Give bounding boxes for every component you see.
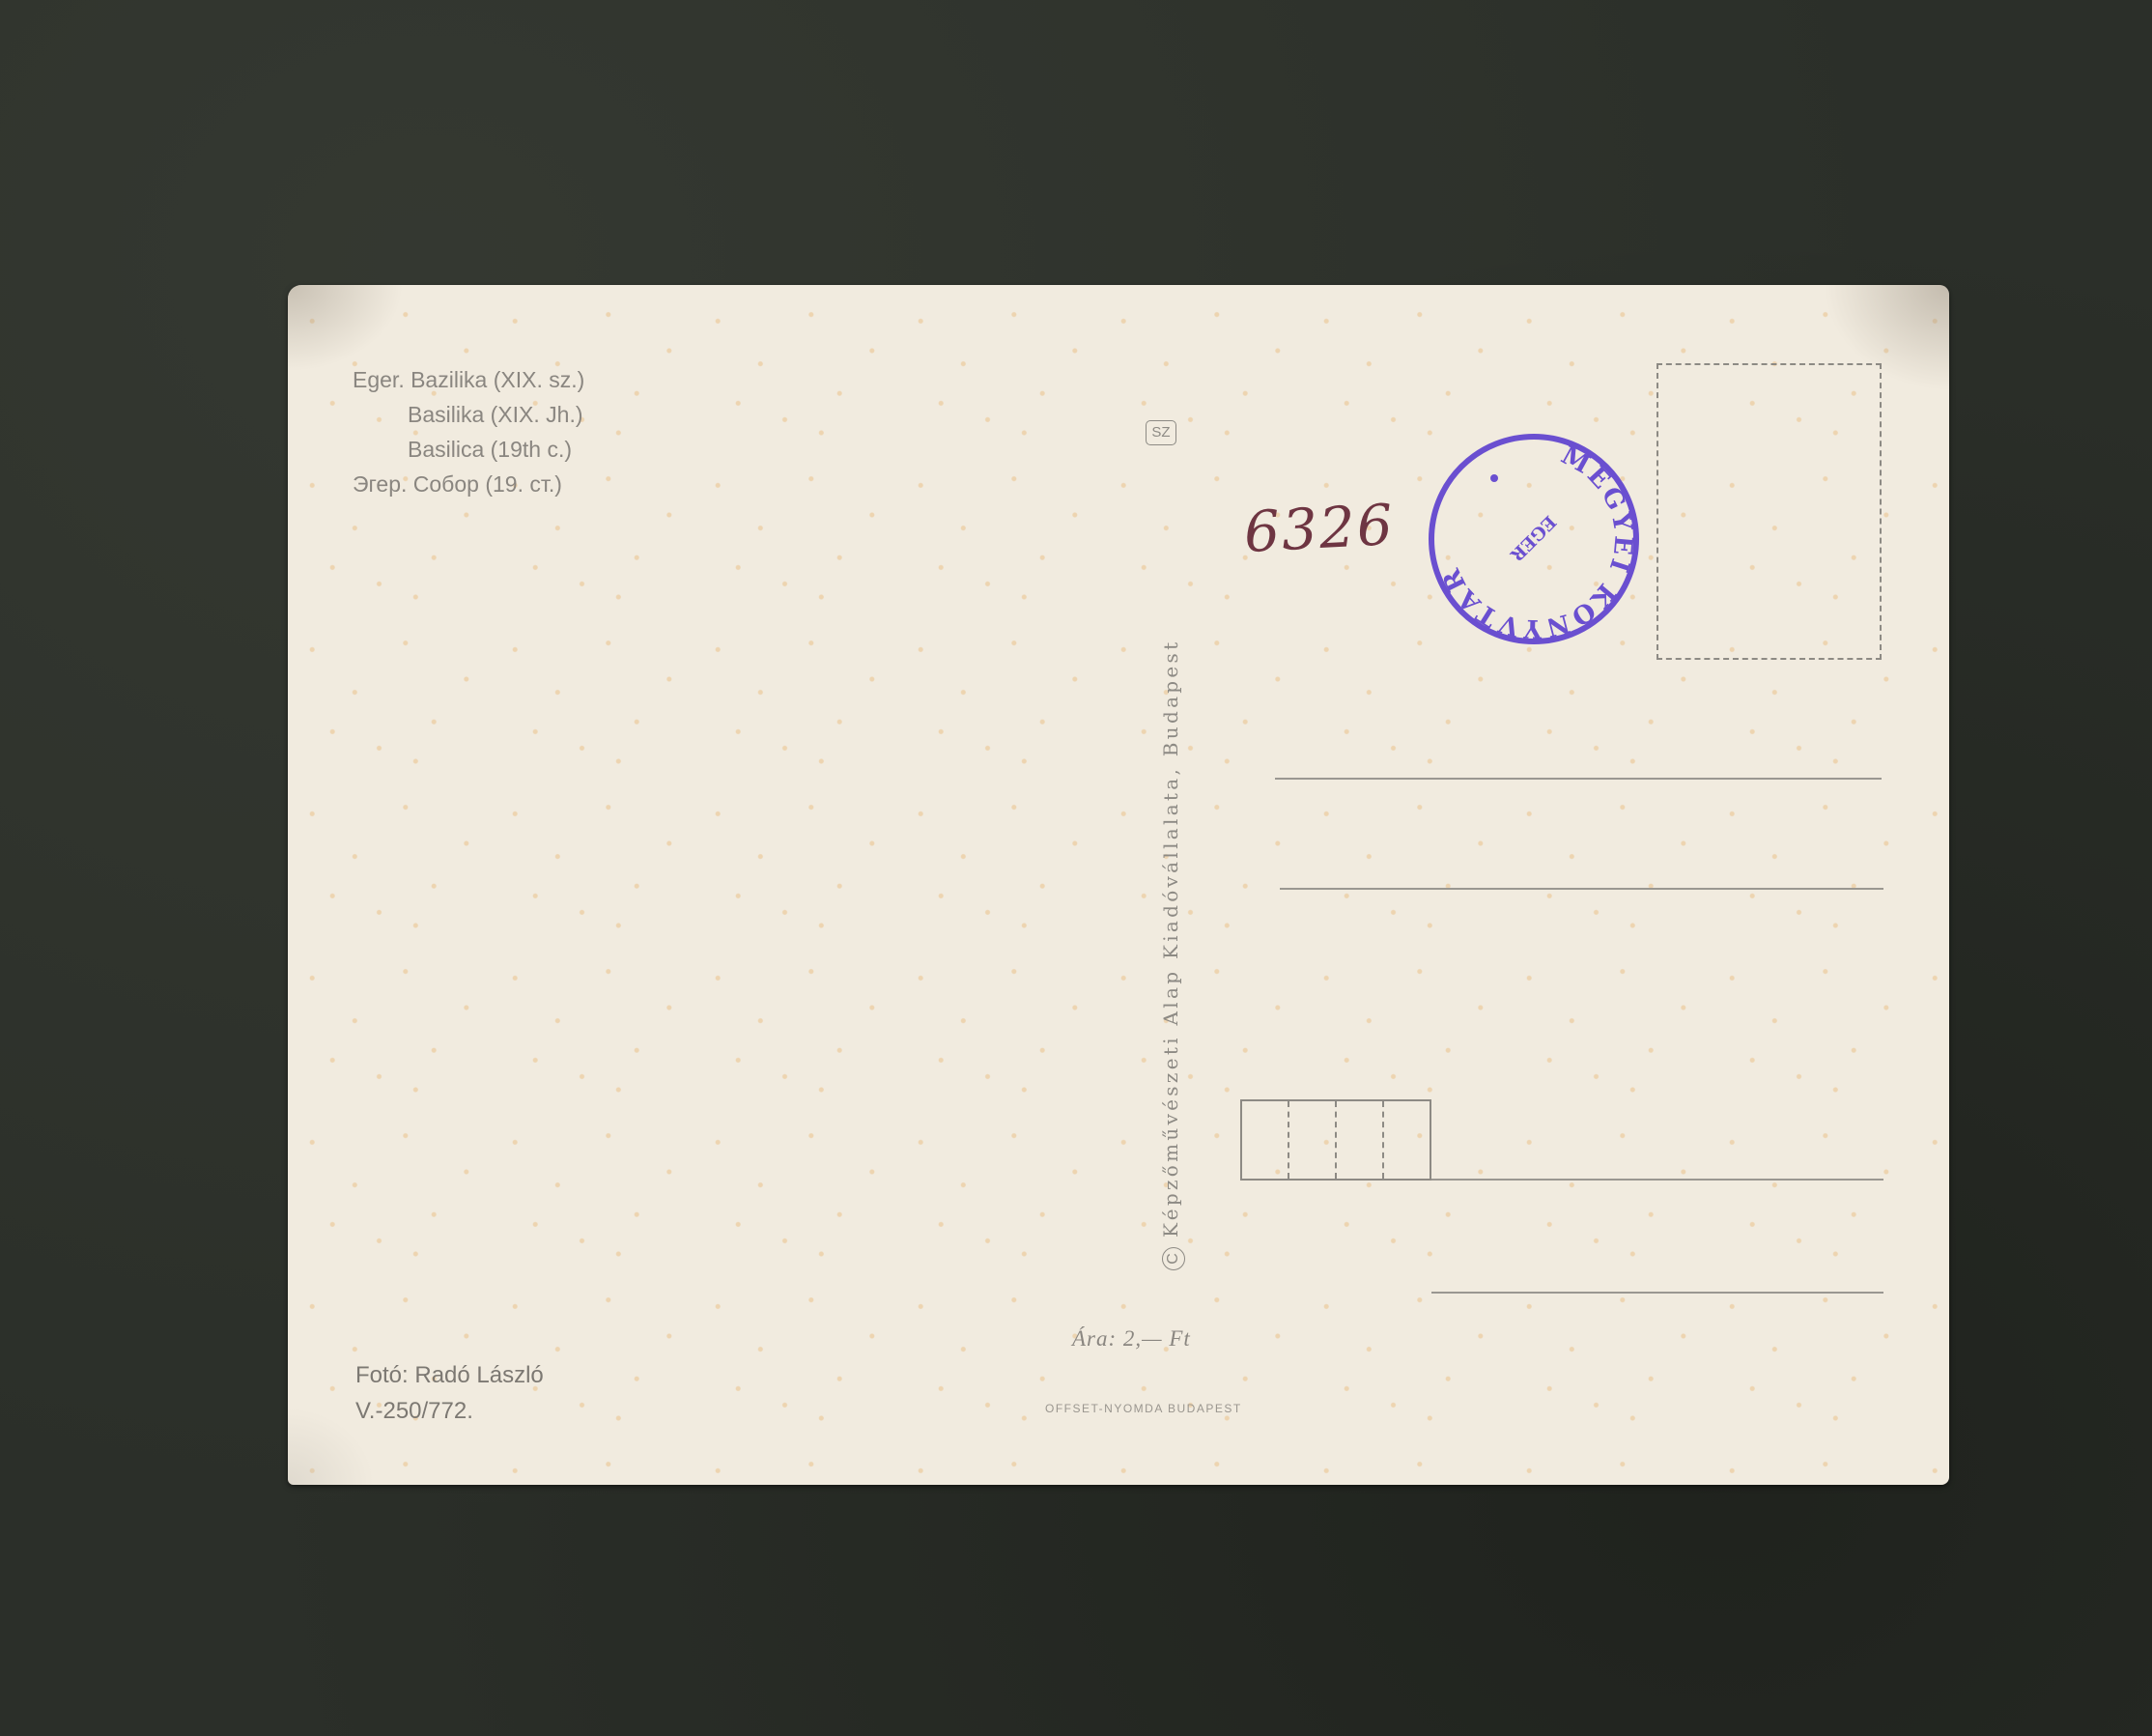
address-line-2	[1280, 888, 1883, 890]
corner-wear	[288, 285, 404, 372]
publisher-line: CKépzőművészeti Alap Kiadóvállalata, Bud…	[1159, 640, 1185, 1270]
address-line-3	[1431, 1179, 1883, 1181]
postcode-boxes	[1240, 1099, 1431, 1181]
handwritten-number: 6326	[1242, 492, 1396, 565]
address-line-1	[1275, 778, 1882, 780]
svg-text:EGER: EGER	[1505, 511, 1559, 565]
caption-german: Basilika (XIX. Jh.)	[353, 397, 584, 432]
credit-block: Fotó: Radó László V.-250/772.	[355, 1357, 544, 1429]
sz-mark: SZ	[1146, 420, 1176, 445]
stamp-placeholder	[1656, 363, 1882, 660]
copyright-icon: C	[1162, 1247, 1185, 1270]
postcard-back: Eger. Bazilika (XIX. sz.) Basilika (XIX.…	[288, 285, 1949, 1485]
printer-label: OFFSET-NYOMDA BUDAPEST	[1045, 1402, 1242, 1415]
photo-credit: Fotó: Radó László	[355, 1357, 544, 1393]
caption-english: Basilica (19th c.)	[353, 432, 584, 467]
caption-russian: Эгер. Собор (19. ст.)	[353, 467, 584, 501]
caption-hungarian: Eger. Bazilika (XIX. sz.)	[353, 362, 584, 397]
catalog-code: V.-250/772.	[355, 1393, 544, 1429]
library-stamp: MEGYEI KÖNYVTÁR EGER	[1427, 432, 1641, 646]
publisher-text: Képzőművészeti Alap Kiadóvállalata, Buda…	[1159, 640, 1182, 1238]
price-label: Ára: 2,— Ft	[1072, 1326, 1191, 1352]
address-line-4	[1431, 1292, 1883, 1294]
caption-block: Eger. Bazilika (XIX. sz.) Basilika (XIX.…	[353, 362, 584, 501]
